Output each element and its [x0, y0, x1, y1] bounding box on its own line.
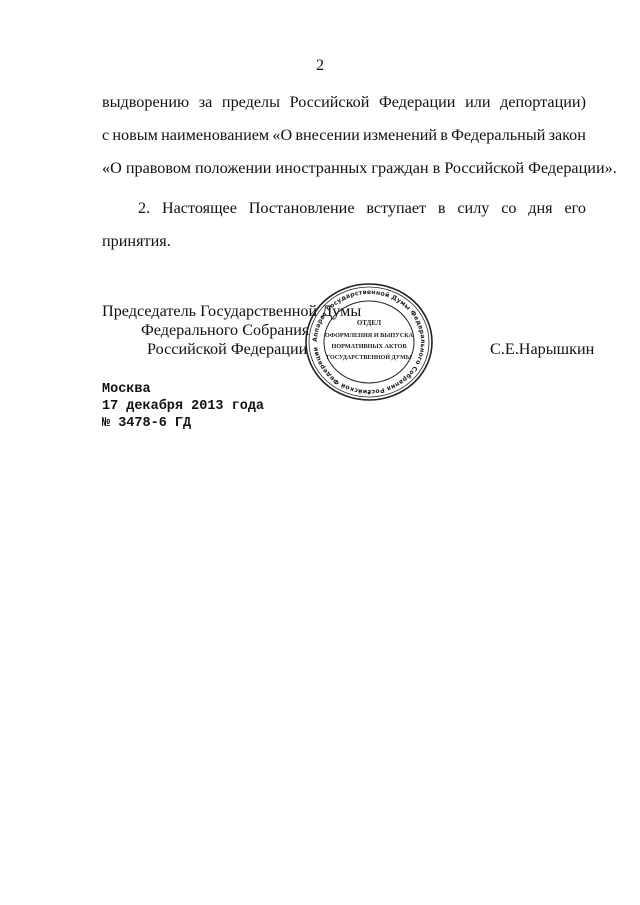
signatory-title-line-3: Российской Федерации — [147, 340, 307, 359]
date: 17 декабря 2013 года — [102, 399, 264, 414]
word: Федерации — [379, 93, 455, 112]
word: в — [440, 126, 448, 145]
word: Постановление — [249, 199, 355, 218]
page-number: 2 — [0, 56, 640, 75]
word: его — [564, 199, 586, 218]
stamp-line-4: ГОСУДАРСТВЕННОЙ ДУМЫ — [326, 353, 411, 361]
signatory-name: С.Е.Нарышкин — [490, 340, 594, 359]
word: Российской — [290, 93, 370, 112]
word: внесении — [295, 126, 359, 145]
stamp-line-3: НОРМАТИВНЫХ АКТОВ — [332, 343, 407, 350]
word: дня — [528, 199, 552, 218]
word: со — [501, 199, 516, 218]
city: Москва — [102, 382, 151, 397]
word: новым — [112, 126, 158, 145]
signatory-title-line-2: Федерального Собрания — [141, 321, 309, 340]
paragraph-2-line-2: принятия. — [102, 232, 171, 251]
word: с — [102, 126, 109, 145]
word: выдворению — [102, 93, 189, 112]
word: наименованием — [161, 126, 269, 145]
stamp-line-1: ОТДЕЛ — [357, 319, 382, 327]
word: вступает — [366, 199, 426, 218]
stamp-line-2: ОФОРМЛЕНИЯ И ВЫПУСКА — [325, 332, 414, 339]
word: депортации) — [500, 93, 586, 112]
word: пределы — [222, 93, 280, 112]
word: закон — [549, 126, 586, 145]
paragraph-1-line-3: «О правовом положении иностранных гражда… — [102, 159, 617, 178]
word: изменений — [363, 126, 437, 145]
word: или — [465, 93, 490, 112]
stamp-seal-icon: Аппарат Государственной Думы Федеральног… — [303, 281, 435, 403]
official-stamp: Аппарат Государственной Думы Федеральног… — [303, 281, 435, 403]
word: Настоящее — [162, 199, 237, 218]
word: силу — [457, 199, 489, 218]
document-page: 2 выдворению за пределы Российской Федер… — [0, 0, 640, 905]
word: 2. — [138, 199, 150, 218]
word: за — [199, 93, 213, 112]
word: в — [438, 199, 446, 218]
paragraph-1-line-1: выдворению за пределы Российской Федерац… — [102, 93, 586, 112]
document-number: № 3478-6 ГД — [102, 416, 191, 431]
word: «О — [272, 126, 292, 145]
word: Федеральный — [451, 126, 545, 145]
paragraph-1-line-2: с новым наименованием «О внесении измене… — [102, 126, 586, 145]
paragraph-2-line-1: 2. Настоящее Постановление вступает в си… — [138, 199, 586, 218]
